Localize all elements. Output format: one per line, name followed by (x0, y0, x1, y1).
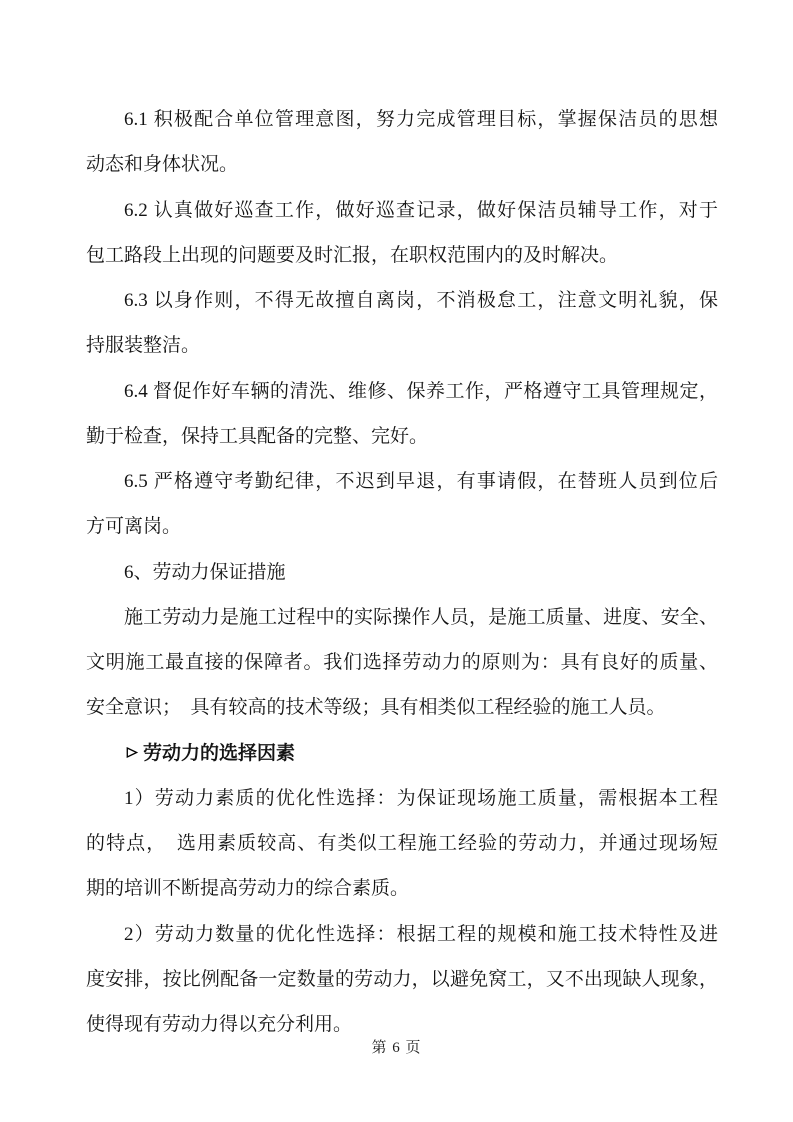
line-text: 持服装整洁。 (86, 335, 200, 356)
line-text: 施工劳动力是施工过程中的实际操作人员，是施工质量、进度、安全、 (124, 607, 718, 628)
line-text: 期的培训不断提高劳动力的综合素质。 (86, 878, 409, 899)
line-text: 度安排，按比例配备一定数量的劳动力，以避免窝工，又不出现缺人现象， (86, 969, 718, 990)
text-line: 6.2 认真做好巡查工作，做好巡查记录，做好保洁员辅导工作，对于 (86, 188, 718, 233)
text-line: 持服装整洁。 (86, 323, 718, 368)
line-text: 使得现有劳动力得以充分利用。 (86, 1014, 352, 1035)
section-heading-line: 劳动力的选择因素 (86, 731, 718, 776)
text-line: 6.1 积极配合单位管理意图，努力完成管理目标，掌握保洁员的思想 (86, 97, 718, 142)
arrowhead-bullet-icon (124, 745, 139, 760)
line-text: 包工路段上出现的问题要及时汇报，在职权范围内的及时解决。 (86, 245, 618, 266)
line-text: 安全意识； 具有较高的技术等级；具有相类似工程经验的施工人员。 (86, 697, 666, 718)
text-line: 6.3 以身作则，不得无故擅自离岗，不消极怠工，注意文明礼貌，保 (86, 278, 718, 323)
line-text: 2）劳动力数量的优化性选择：根据工程的规模和施工技术特性及进 (124, 924, 718, 945)
line-text: 6.2 认真做好巡查工作，做好巡查记录，做好保洁员辅导工作，对于 (124, 200, 718, 221)
text-line: 6.5 严格遵守考勤纪律，不迟到早退，有事请假，在替班人员到位后 (86, 459, 718, 504)
page-footer: 第 6 页 (0, 1036, 793, 1057)
line-text: 6、劳动力保证措施 (124, 562, 286, 583)
text-line: 6.4 督促作好车辆的清洗、维修、保养工作，严格遵守工具管理规定， (86, 369, 718, 414)
line-text: 6.4 督促作好车辆的清洗、维修、保养工作，严格遵守工具管理规定， (124, 381, 718, 402)
text-line: 安全意识； 具有较高的技术等级；具有相类似工程经验的施工人员。 (86, 685, 718, 730)
text-line: 勤于检查，保持工具配备的完整、完好。 (86, 414, 718, 459)
text-line: 方可离岗。 (86, 504, 718, 549)
line-text: 劳动力的选择因素 (143, 743, 295, 764)
text-line: 包工路段上出现的问题要及时汇报，在职权范围内的及时解决。 (86, 233, 718, 278)
text-line: 期的培训不断提高劳动力的综合素质。 (86, 866, 718, 911)
text-line: 的特点， 选用素质较高、有类似工程施工经验的劳动力，并通过现场短 (86, 821, 718, 866)
line-text: 1）劳动力素质的优化性选择：为保证现场施工质量，需根据本工程 (124, 788, 718, 809)
text-line: 1）劳动力素质的优化性选择：为保证现场施工质量，需根据本工程 (86, 776, 718, 821)
text-line: 文明施工最直接的保障者。我们选择劳动力的原则为：具有良好的质量、 (86, 640, 718, 685)
line-text: 动态和身体状况。 (86, 154, 238, 175)
line-text: 的特点， 选用素质较高、有类似工程施工经验的劳动力，并通过现场短 (86, 833, 718, 854)
line-text: 6.3 以身作则，不得无故擅自离岗，不消极怠工，注意文明礼貌，保 (124, 290, 718, 311)
line-text: 勤于检查，保持工具配备的完整、完好。 (86, 426, 428, 447)
line-text: 文明施工最直接的保障者。我们选择劳动力的原则为：具有良好的质量、 (86, 652, 718, 673)
text-line: 动态和身体状况。 (86, 142, 718, 187)
page-number: 第 6 页 (371, 1040, 421, 1056)
text-line: 2）劳动力数量的优化性选择：根据工程的规模和施工技术特性及进 (86, 912, 718, 957)
line-text: 方可离岗。 (86, 516, 181, 537)
text-line: 施工劳动力是施工过程中的实际操作人员，是施工质量、进度、安全、 (86, 595, 718, 640)
text-line: 6、劳动力保证措施 (86, 550, 718, 595)
document-body: 6.1 积极配合单位管理意图，努力完成管理目标，掌握保洁员的思想动态和身体状况。… (86, 97, 718, 1047)
text-line: 度安排，按比例配备一定数量的劳动力，以避免窝工，又不出现缺人现象， (86, 957, 718, 1002)
line-text: 6.1 积极配合单位管理意图，努力完成管理目标，掌握保洁员的思想 (124, 109, 718, 130)
line-text: 6.5 严格遵守考勤纪律，不迟到早退，有事请假，在替班人员到位后 (124, 471, 718, 492)
document-page: 6.1 积极配合单位管理意图，努力完成管理目标，掌握保洁员的思想动态和身体状况。… (0, 0, 793, 1122)
